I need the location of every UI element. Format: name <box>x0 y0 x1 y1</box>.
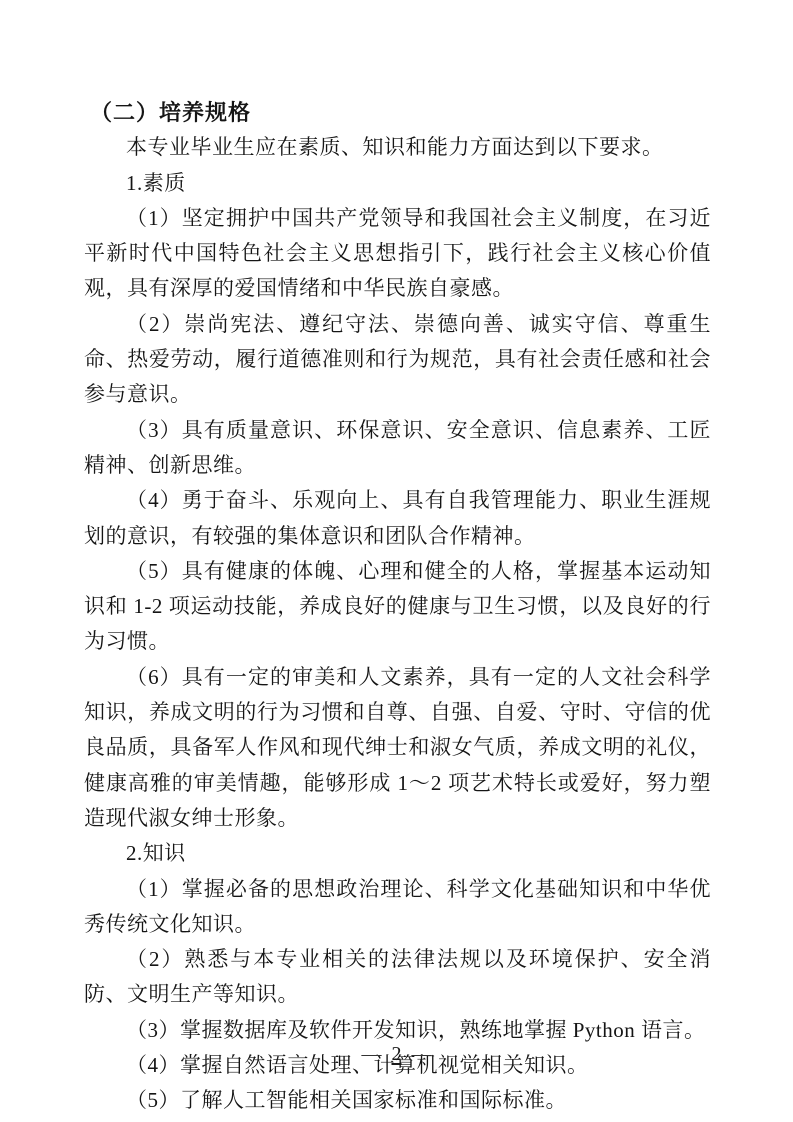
quality-item-2: （2）崇尚宪法、遵纪守法、崇德向善、诚实守信、尊重生命、热爱劳动，履行道德准则和… <box>84 307 711 413</box>
subsection-label-knowledge: 2.知识 <box>84 836 711 871</box>
footer-dash-right: — <box>412 1040 432 1068</box>
quality-item-1: （1）坚定拥护中国共产党领导和我国社会主义制度，在习近平新时代中国特色社会主义思… <box>84 201 711 307</box>
page-number: 2 <box>392 1043 402 1065</box>
document-content: （二）培养规格 本专业毕业生应在素质、知识和能力方面达到以下要求。 1.素质 （… <box>84 95 711 1119</box>
quality-item-4: （4）勇于奋斗、乐观向上、具有自我管理能力、职业生涯规划的意识，有较强的集体意识… <box>84 483 711 554</box>
section-heading: （二）培养规格 <box>84 95 711 130</box>
knowledge-item-5: （5）了解人工智能相关国家标准和国际标准。 <box>84 1083 711 1118</box>
knowledge-item-2: （2）熟悉与本专业相关的法律法规以及环境保护、安全消防、文明生产等知识。 <box>84 942 711 1013</box>
footer-dash-left: — <box>362 1040 382 1068</box>
subsection-label-quality: 1.素质 <box>84 166 711 201</box>
knowledge-item-1: （1）掌握必备的思想政治理论、科学文化基础知识和中华优秀传统文化知识。 <box>84 872 711 943</box>
document-page: （二）培养规格 本专业毕业生应在素质、知识和能力方面达到以下要求。 1.素质 （… <box>0 0 793 1122</box>
quality-item-5: （5）具有健康的体魄、心理和健全的人格，掌握基本运动知识和 1-2 项运动技能，… <box>84 554 711 660</box>
intro-paragraph: 本专业毕业生应在素质、知识和能力方面达到以下要求。 <box>84 130 711 165</box>
page-footer: —2— <box>0 1040 793 1068</box>
quality-item-3: （3）具有质量意识、环保意识、安全意识、信息素养、工匠精神、创新思维。 <box>84 413 711 484</box>
quality-item-6: （6）具有一定的审美和人文素养，具有一定的人文社会科学知识，养成文明的行为习惯和… <box>84 660 711 836</box>
